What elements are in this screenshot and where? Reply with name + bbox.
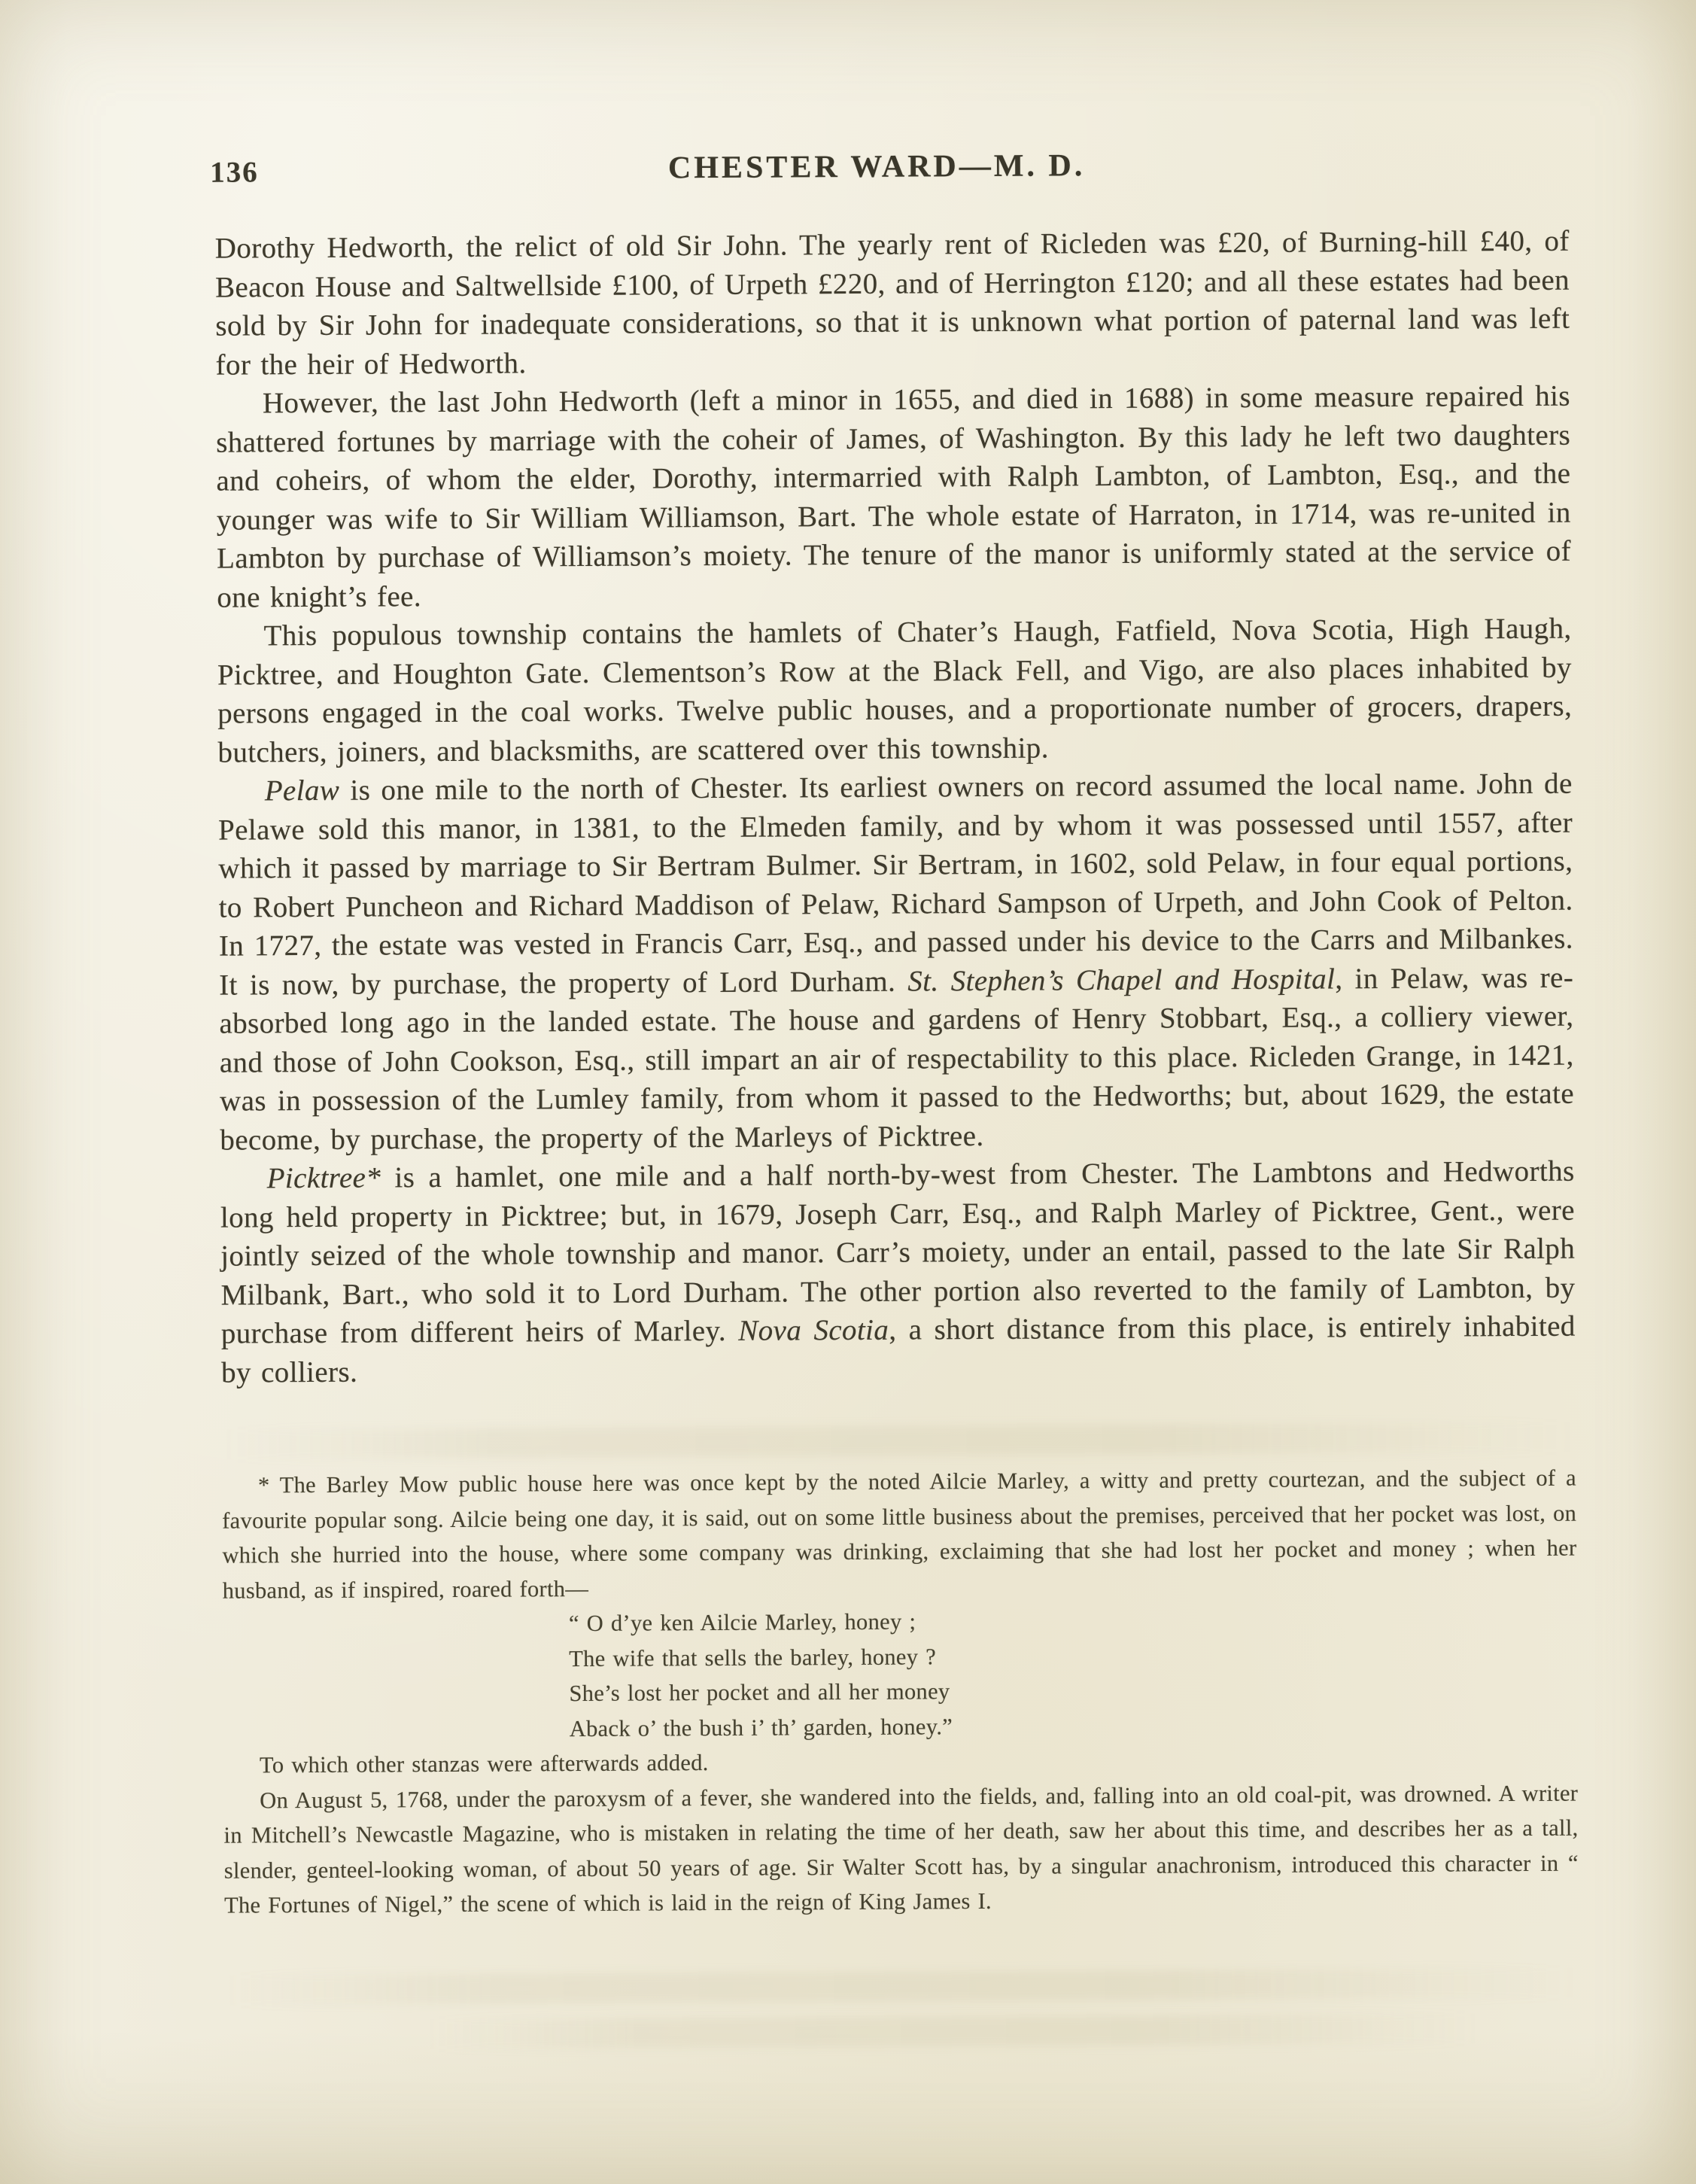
- verse-block: “ O d’ye ken Ailcie Marley, honey ; The …: [569, 1601, 1578, 1746]
- verse-line: She’s lost her pocket and all her money: [569, 1671, 1577, 1711]
- scanned-book-page: 136 CHESTER WARD—M. D. Dorothy Hedworth,…: [0, 0, 1696, 2184]
- footnote-block: * The Barley Mow public house here was o…: [222, 1461, 1579, 1924]
- running-header-title: CHESTER WARD—M. D.: [214, 145, 1539, 189]
- paragraph-hedworth-rents: Dorothy Hedworth, the relict of old Sir …: [215, 222, 1570, 385]
- page-content: 136 CHESTER WARD—M. D. Dorothy Hedworth,…: [0, 0, 1696, 2184]
- paragraph-picktree: Picktree* is a hamlet, one mile and a ha…: [220, 1152, 1576, 1392]
- paragraph-pelaw: Pelaw is one mile to the north of Cheste…: [218, 765, 1575, 1160]
- place-name-italic: Nova Scotia: [738, 1314, 889, 1347]
- paragraph-text: However, the last John Hedworth (left a …: [216, 380, 1571, 614]
- verse-line: Aback o’ the bush i’ th’ garden, honey.”: [570, 1705, 1578, 1746]
- body-text: Dorothy Hedworth, the relict of old Sir …: [215, 222, 1576, 1392]
- footnote-text: To which other stanzas were afterwards a…: [260, 1750, 709, 1778]
- paragraph-john-hedworth: However, the last John Hedworth (left a …: [216, 377, 1572, 617]
- footnote-paragraph-death: On August 5, 1768, under the paroxysm of…: [223, 1775, 1579, 1923]
- chapel-name-italic: St. Stephen’s Chapel and Hospital: [907, 963, 1335, 997]
- paragraph-text: Dorothy Hedworth, the relict of old Sir …: [215, 225, 1570, 382]
- verse-line: “ O d’ye ken Ailcie Marley, honey ;: [569, 1601, 1577, 1641]
- paragraph-text: This populous township contains the haml…: [217, 613, 1572, 769]
- footnote-text: On August 5, 1768, under the paroxysm of…: [223, 1780, 1578, 1918]
- place-name-italic: Picktree*: [267, 1161, 381, 1194]
- verse-line: The wife that sells the barley, honey ?: [569, 1635, 1577, 1676]
- page-showthrough: [221, 1422, 1576, 1460]
- page-showthrough: [427, 2013, 1480, 2049]
- page-showthrough: [225, 1968, 1579, 2006]
- place-name-italic: Pelaw: [265, 774, 340, 808]
- footnote-paragraph-barley-mow: * The Barley Mow public house here was o…: [222, 1461, 1577, 1608]
- footnote-text: * The Barley Mow public house here was o…: [222, 1465, 1576, 1604]
- paragraph-township-hamlets: This populous township contains the haml…: [217, 610, 1572, 772]
